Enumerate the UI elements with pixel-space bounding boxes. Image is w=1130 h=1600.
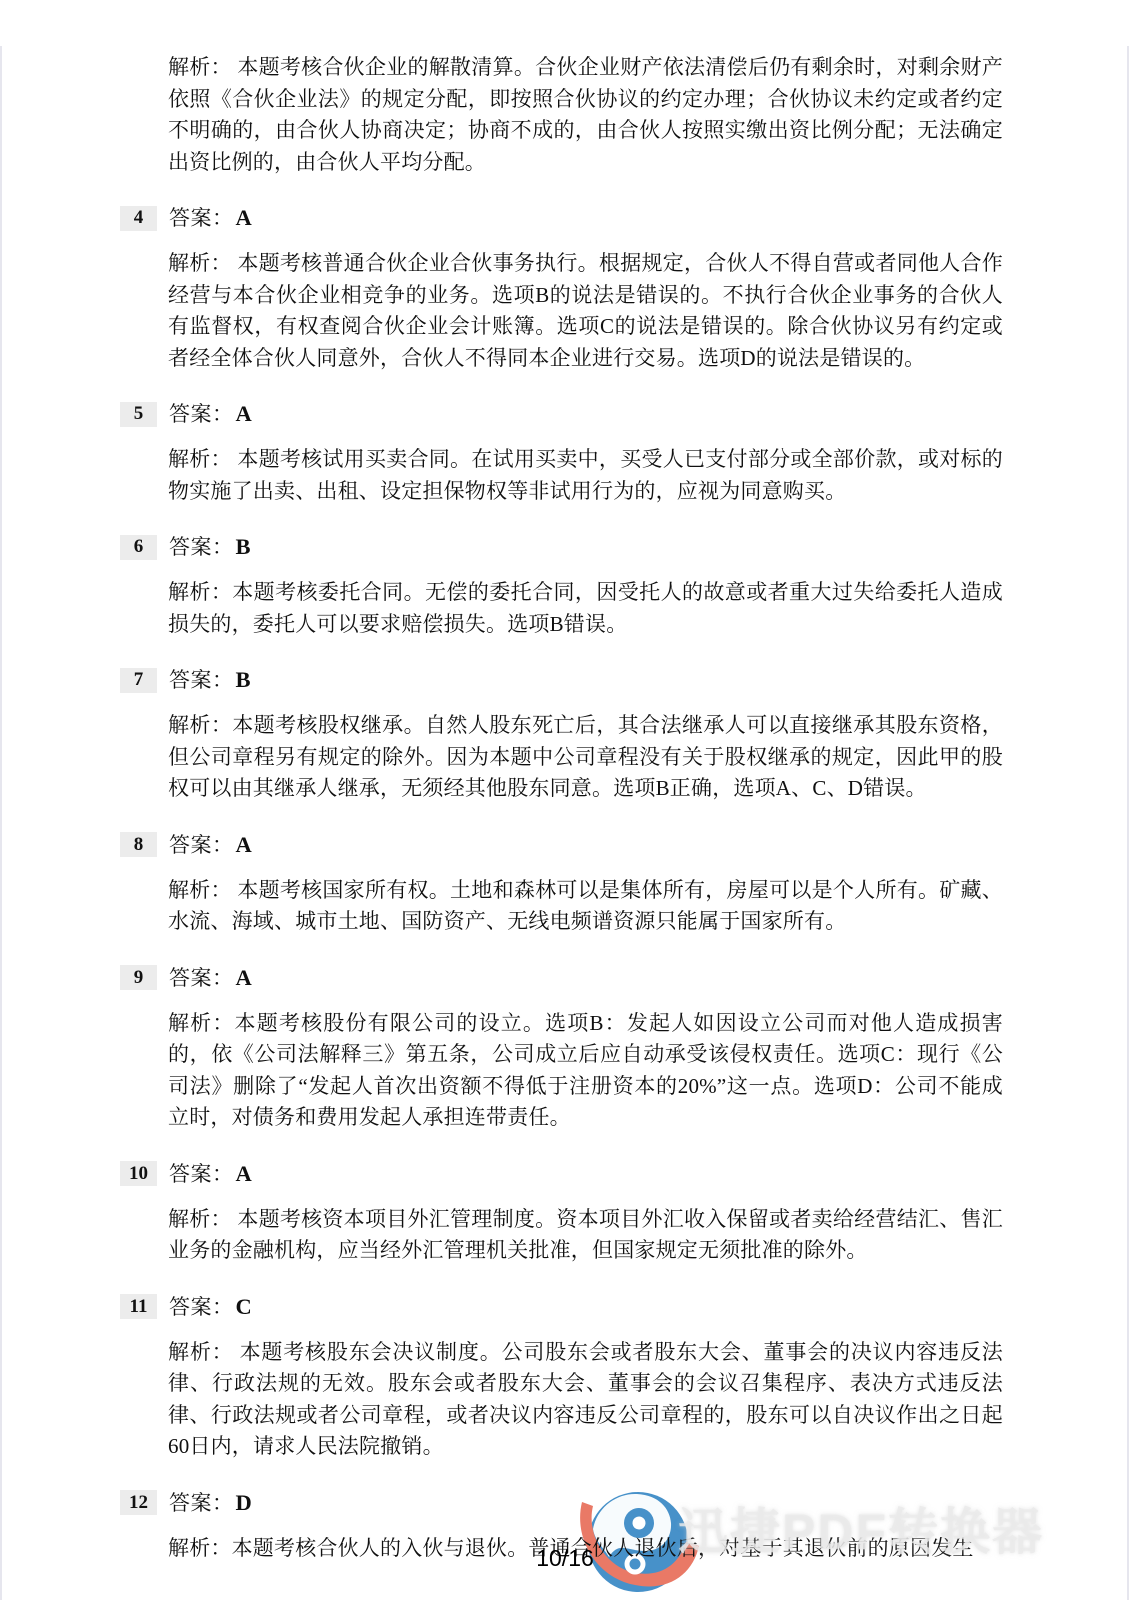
answer-letter: D [236, 1490, 252, 1515]
answer-line: 12 答案：D [120, 1490, 1003, 1516]
analysis-paragraph: 解析： 本题考核合伙企业的解散清算。合伙企业财产依法清偿后仍有剩余时，对剩余财产… [168, 52, 1003, 178]
answer-label: 答案：A [169, 401, 252, 427]
answer-prefix: 答案： [169, 1162, 234, 1186]
page-indicator: 10/16 [536, 1545, 594, 1572]
question-number-badge: 9 [120, 965, 157, 990]
qa-item: 4 答案：A 解析： 本题考核普通合伙企业合伙事务执行。根据规定，合伙人不得自营… [168, 205, 1003, 374]
answer-label: 答案：D [169, 1490, 252, 1516]
pdf-document-page: { "page": { "footer_page_indicator": "10… [0, 0, 1130, 1600]
answer-label: 答案：A [169, 965, 252, 991]
answer-line: 9 答案：A [120, 965, 1003, 991]
question-number-badge: 11 [120, 1294, 157, 1319]
answer-label: 答案：B [169, 534, 251, 560]
question-number-badge: 6 [120, 535, 157, 560]
answer-line: 7 答案：B [120, 667, 1003, 693]
question-number-badge: 5 [120, 402, 157, 427]
question-number-badge: 4 [120, 206, 157, 231]
answer-line: 8 答案：A [120, 832, 1003, 858]
answer-letter: A [236, 205, 252, 230]
answer-prefix: 答案： [169, 1295, 234, 1319]
qa-item: 11 答案：C 解析： 本题考核股东会决议制度。公司股东会或者股东大会、董事会的… [168, 1294, 1003, 1463]
qa-item: 10 答案：A 解析： 本题考核资本项目外汇管理制度。资本项目外汇收入保留或者卖… [168, 1161, 1003, 1267]
analysis-paragraph: 解析：本题考核股权继承。自然人股东死亡后，其合法继承人可以直接继承其股东资格，但… [168, 710, 1003, 805]
answer-letter: C [236, 1294, 252, 1319]
qa-item: 5 答案：A 解析： 本题考核试用买卖合同。在试用买卖中，买受人已支付部分或全部… [168, 401, 1003, 507]
answer-prefix: 答案： [169, 206, 234, 230]
qa-item: 7 答案：B 解析：本题考核股权继承。自然人股东死亡后，其合法继承人可以直接继承… [168, 667, 1003, 805]
answer-prefix: 答案： [169, 833, 234, 857]
question-number-badge: 7 [120, 668, 157, 693]
analysis-paragraph: 解析： 本题考核试用买卖合同。在试用买卖中，买受人已支付部分或全部价款，或对标的… [168, 444, 1003, 507]
answer-line: 5 答案：A [120, 401, 1003, 427]
answer-label: 答案：A [169, 832, 252, 858]
answer-label: 答案：A [169, 1161, 252, 1187]
question-number-badge: 10 [120, 1161, 157, 1186]
answer-prefix: 答案： [169, 402, 234, 426]
answer-letter: B [236, 667, 251, 692]
answer-letter: A [236, 1161, 252, 1186]
answer-letter: A [236, 965, 252, 990]
qa-item: 8 答案：A 解析： 本题考核国家所有权。土地和森林可以是集体所有，房屋可以是个… [168, 832, 1003, 938]
answer-letter: A [236, 832, 252, 857]
analysis-paragraph: 解析：本题考核股份有限公司的设立。选项B：发起人如因设立公司而对他人造成损害的，… [168, 1008, 1003, 1134]
answer-line: 6 答案：B [120, 534, 1003, 560]
answer-label: 答案：C [169, 1294, 252, 1320]
analysis-paragraph: 解析： 本题考核股东会决议制度。公司股东会或者股东大会、董事会的决议内容违反法律… [168, 1337, 1003, 1463]
answer-prefix: 答案： [169, 535, 234, 559]
answer-prefix: 答案： [169, 966, 234, 990]
answer-letter: B [236, 534, 251, 559]
qa-item: 6 答案：B 解析：本题考核委托合同。无偿的委托合同，因受托人的故意或者重大过失… [168, 534, 1003, 640]
answer-line: 10 答案：A [120, 1161, 1003, 1187]
page-left-edge-line [0, 46, 2, 1600]
answer-prefix: 答案： [169, 1491, 234, 1515]
analysis-paragraph: 解析： 本题考核普通合伙企业合伙事务执行。根据规定，合伙人不得自营或者同他人合作… [168, 248, 1003, 374]
question-number-badge: 12 [120, 1490, 157, 1515]
answer-line: 11 答案：C [120, 1294, 1003, 1320]
answer-prefix: 答案： [169, 668, 234, 692]
answers-list: 解析： 本题考核合伙企业的解散清算。合伙企业财产依法清偿后仍有剩余时，对剩余财产… [168, 24, 1003, 1564]
qa-item: 解析： 本题考核合伙企业的解散清算。合伙企业财产依法清偿后仍有剩余时，对剩余财产… [168, 52, 1003, 178]
analysis-paragraph: 解析： 本题考核国家所有权。土地和森林可以是集体所有，房屋可以是个人所有。矿藏、… [168, 875, 1003, 938]
analysis-paragraph: 解析：本题考核委托合同。无偿的委托合同，因受托人的故意或者重大过失给委托人造成损… [168, 577, 1003, 640]
question-number-badge: 8 [120, 832, 157, 857]
answer-label: 答案：A [169, 205, 252, 231]
page-right-edge-line [1127, 46, 1129, 1600]
answer-line: 4 答案：A [120, 205, 1003, 231]
answer-letter: A [236, 401, 252, 426]
answer-label: 答案：B [169, 667, 251, 693]
analysis-paragraph: 解析： 本题考核资本项目外汇管理制度。资本项目外汇收入保留或者卖给经营结汇、售汇… [168, 1204, 1003, 1267]
qa-item: 9 答案：A 解析：本题考核股份有限公司的设立。选项B：发起人如因设立公司而对他… [168, 965, 1003, 1134]
